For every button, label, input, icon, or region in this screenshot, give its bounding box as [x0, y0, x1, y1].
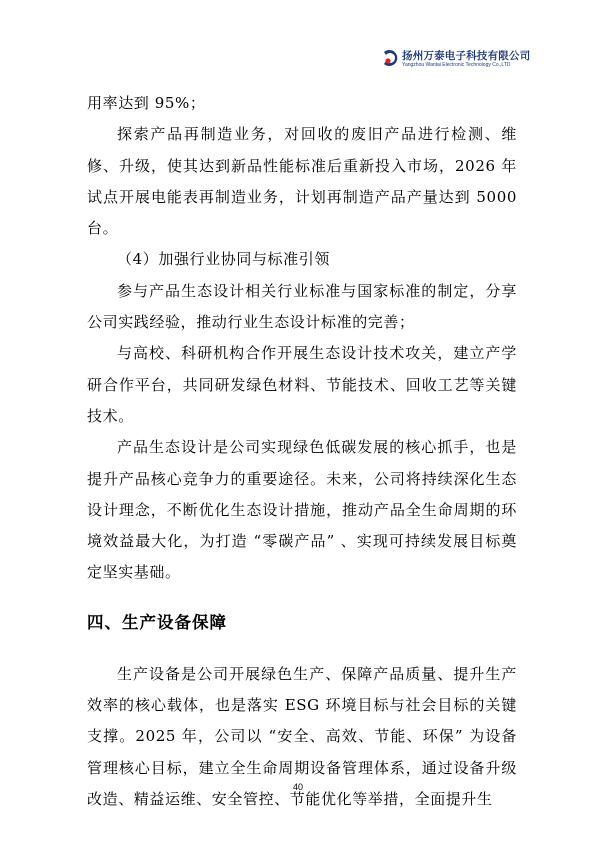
- page-header: 扬州万泰电子科技有限公司 Yangzhou Wantai Electronic …: [381, 47, 521, 71]
- company-name-cn: 扬州万泰电子科技有限公司: [402, 48, 530, 63]
- document-body: 用率达到 95%； 探索产品再制造业务，对回收的废旧产品进行检测、维修、升级，使…: [87, 88, 517, 815]
- paragraph-continuation: 用率达到 95%；: [87, 88, 517, 119]
- company-logo-icon: [381, 49, 399, 67]
- paragraph-cooperation: 与高校、科研机构合作开展生态设计技术攻关，建立产学研合作平台，共同研发绿色材料、…: [87, 338, 517, 432]
- sub-heading: （4）加强行业协同与标准引领: [87, 244, 517, 275]
- company-name-en: Yangzhou Wantai Electronic Technology Co…: [402, 62, 510, 68]
- paragraph-ecodesign-summary: 产品生态设计是公司实现绿色低碳发展的核心抓手，也是提升产品核心竞争力的重要途径。…: [87, 432, 517, 588]
- paragraph-remanufacturing: 探索产品再制造业务，对回收的废旧产品进行检测、维修、升级，使其达到新品性能标准后…: [87, 119, 517, 244]
- section-heading: 四、生产设备保障: [87, 611, 517, 635]
- paragraph-standards: 参与产品生态设计相关行业标准与国家标准的制定，分享公司实践经验，推动行业生态设计…: [87, 276, 517, 339]
- page-number: 40: [0, 782, 596, 792]
